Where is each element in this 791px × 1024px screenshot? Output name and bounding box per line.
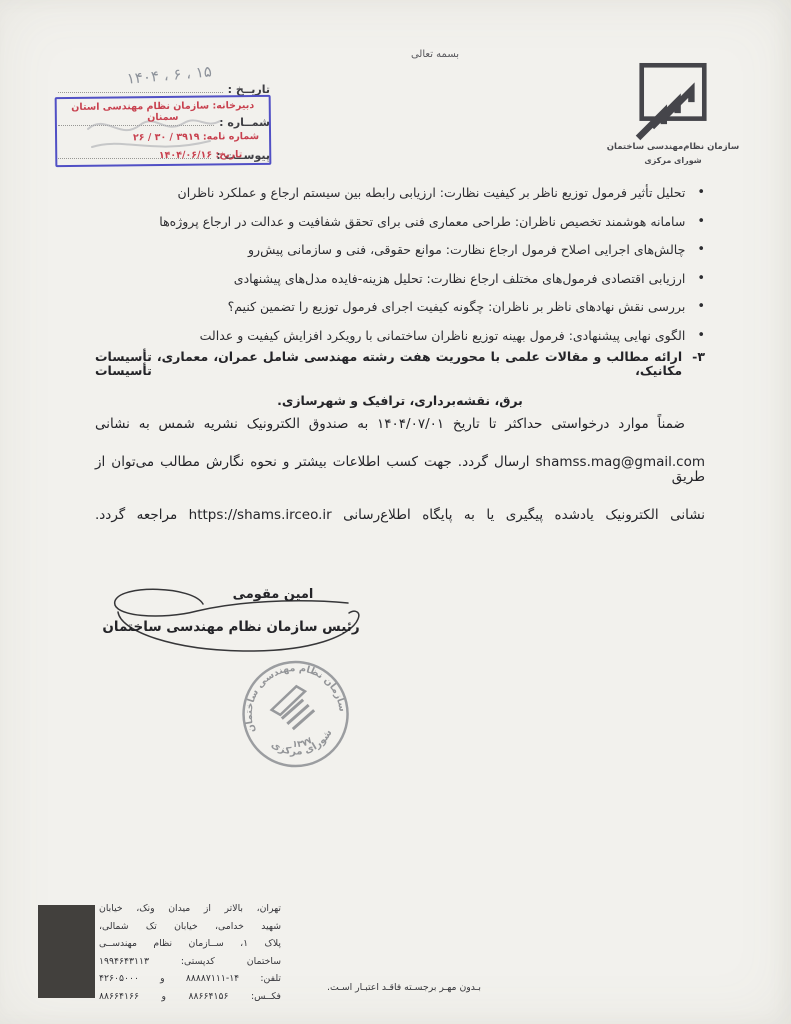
topics-bullet-list: • تحلیل تأثیر فرمول توزیع ناظر بر کیفیت … [95,186,705,357]
item3-text: ارائه مطالب و مقالات علمی با محوریت هفت … [95,350,682,378]
secretariat-name: دبیرخانه: سازمان نظام مهندسی استان سمنان [57,100,269,124]
footer-dark-box [38,905,95,998]
item3-first-line: ۳- ارائه مطالب و مقالات علمی با محوریت ه… [95,350,705,378]
numbered-item-3: ۳- ارائه مطالب و مقالات علمی با محوریت ه… [95,350,705,408]
list-item: • چالش‌های اجرایی اصلاح فرمول ارجاع نظار… [95,243,705,257]
embossed-seal-validity-note: بـدون مهـر برجسـته فاقـد اعتبـار اسـت. [288,982,520,993]
address-line-phone: تلفن: ۱۴-۸۸۸۸۷۱۱۱ و ۴۲۶۰۵۰۰۰ [99,970,281,988]
closing-paragraph: ضمناً موارد درخواستی حداکثر تا تاریخ ۱۴۰… [95,417,705,546]
list-item: • بررسی نقش نهادهای ناظر بر ناظران: چگون… [95,300,705,314]
address-line-fax: فکــس: ۸۸۶۶۴۱۵۶ و ۸۸۶۶۴۱۶۶ [99,988,281,1006]
list-item: • تحلیل تأثیر فرمول توزیع ناظر بر کیفیت … [95,186,705,200]
address-line: تهران، بالاتر از میدان ونک، خیابان [99,900,281,918]
paragraph-line: ضمناً موارد درخواستی حداکثر تا تاریخ ۱۴۰… [95,417,705,432]
organization-logo-icon [627,60,719,146]
logo-caption: سازمان نظام‌مهندسی ساختمان شورای مرکزی [598,141,748,167]
address-line: پلاک ۱، ســازمان نظام مهندســی [99,935,281,953]
address-line-postal-code: ساختمان کدپستی: ۱۹۹۴۶۴۳۱۱۳ [99,953,281,971]
stamp-center-emblem-icon [267,684,318,734]
signatory-title: رئیس سازمان نظام مهندسی ساختمان [98,619,364,635]
signatory-name: امین مقومی [207,587,339,602]
address-line: شهید خدامی، خیابان تک شمالی، [99,918,281,936]
secretariat-date: تاریخ: ۱۴۰۴/۰۶/۱۶ [57,149,269,162]
footer-address-block: تهران، بالاتر از میدان ونک، خیابان شهید … [99,900,281,1006]
item3-number: ۳- [692,350,705,378]
item3-second-line: برق، نقشه‌برداری، ترافیک و شهرسازی. [95,394,705,408]
paragraph-line-with-url: نشانی الکترونیک یادشده پیگیری یا به پایگ… [95,508,705,523]
secretariat-stamp: دبیرخانه: سازمان نظام مهندسی استان سمنان… [55,95,272,167]
list-item: • ارزیابی اقتصادی فرمول‌های مختلف ارجاع … [95,272,705,286]
scanned-letter-page: بسمه تعالی سازمان نظام‌مهندسی ساختمان شو… [0,0,791,1024]
bullet-marker: • [697,215,705,229]
secretariat-letter-number: شماره نامه: ۳۹۱۹ / ۳۰ / ۲۶ [57,131,269,144]
bullet-marker: • [697,272,705,286]
bullet-marker: • [697,243,705,257]
logo-org-name: سازمان نظام‌مهندسی ساختمان [598,141,748,153]
bullet-marker: • [697,186,705,200]
bullet-marker: • [697,300,705,314]
bullet-text: چالش‌های اجرایی اصلاح فرمول ارجاع نظارت:… [248,243,685,257]
bullet-text: تحلیل تأثیر فرمول توزیع ناظر بر کیفیت نظ… [178,186,686,200]
logo-council-name: شورای مرکزی [598,155,748,167]
list-item: • الگوی نهایی پیشنهادی: فرمول بهینه توزی… [95,329,705,343]
bullet-text: بررسی نقش نهادهای ناظر بر ناظران: چگونه … [228,300,686,314]
bullet-text: ارزیابی اقتصادی فرمول‌های مختلف ارجاع نظ… [234,272,686,286]
list-item: • سامانه هوشمند تخصیص ناظران: طراحی معما… [95,215,705,229]
paragraph-line-with-email: shamss.mag@gmail.com ارسال گردد. جهت کسب… [95,455,705,485]
bullet-text: سامانه هوشمند تخصیص ناظران: طراحی معماری… [159,215,685,229]
bullet-text: الگوی نهایی پیشنهادی: فرمول بهینه توزیع … [200,329,686,343]
bullet-marker: • [697,329,705,343]
bismillah-text: بسمه تعالی [355,49,515,60]
